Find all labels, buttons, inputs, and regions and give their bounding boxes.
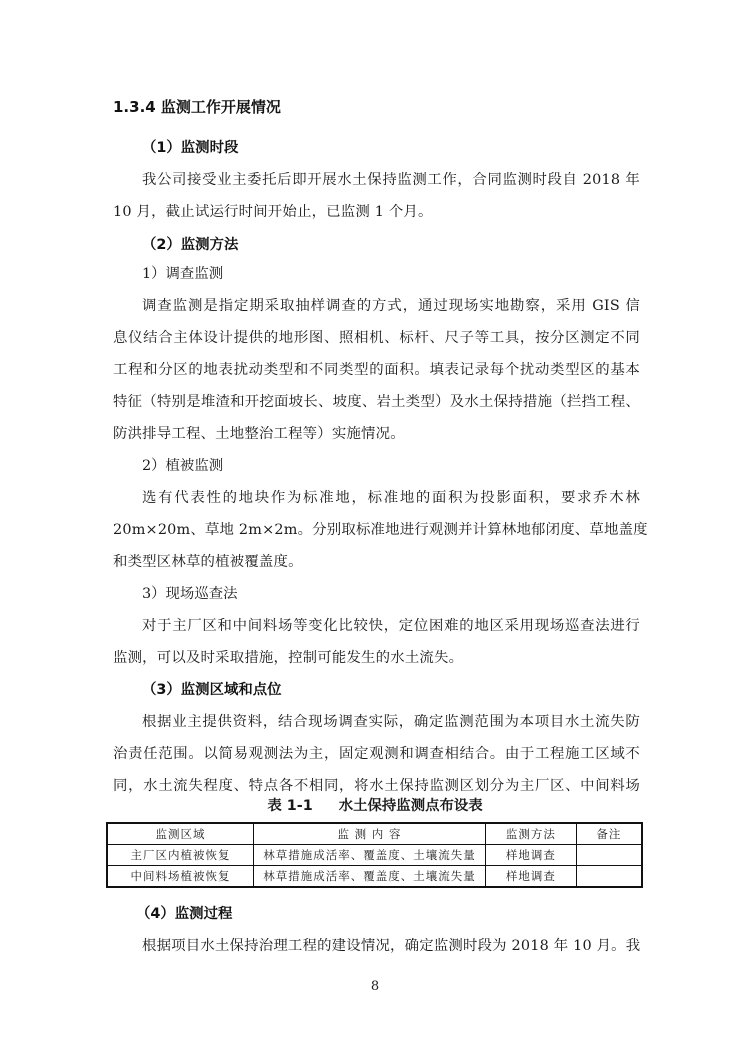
header-cell: 备注 <box>576 823 642 845</box>
paragraph-line: 和类型区林草的植被覆盖度。 <box>113 552 640 572</box>
paragraph-line: 选有代表性的地块作为标准地，标准地的面积为投影面积，要求乔木林 <box>142 488 640 508</box>
header-cell: 监测区域 <box>107 823 253 845</box>
subsection-heading-period: （1）监测时段 <box>142 138 238 158</box>
paragraph-line: 治责任范围。以简易观测法为主，固定观测和调查相结合。由于工程施工区域不 <box>113 744 640 764</box>
paragraph-line: 根据项目水土保持治理工程的建设情况，确定监测时段为 2018 年 10 月。我 <box>142 936 640 956</box>
paragraph-line: 息仪结合主体设计提供的地形图、照相机、标杆、尺子等工具，按分区测定不同 <box>113 328 640 348</box>
header-cell: 监测方法 <box>486 823 577 845</box>
paragraph-line: 特征（特别是堆渣和开挖面坡长、坡度、岩土类型）及水土保持措施（拦挡工程、 <box>113 392 640 412</box>
subsection-heading-method: （2）监测方法 <box>142 235 238 255</box>
paragraph-line: 工程和分区的地表扰动类型和不同类型的面积。填表记录每个扰动类型区的基本 <box>113 360 640 380</box>
table-cell: 样地调查 <box>486 866 577 888</box>
method-heading-survey: 1）调查监测 <box>142 264 223 284</box>
monitoring-points-table: 监测区域 监 测 内 容 监测方法 备注 主厂区内植被恢复 林草措施成活率、覆盖… <box>106 822 643 888</box>
table-cell: 中间料场植被恢复 <box>107 866 253 888</box>
section-title: 1.3.4 监测工作开展情况 <box>113 97 281 117</box>
table-cell <box>576 845 642 866</box>
table-cell <box>576 866 642 888</box>
table-row: 主厂区内植被恢复 林草措施成活率、覆盖度、土壤流失量 样地调查 <box>107 845 642 866</box>
table-cell: 林草措施成活率、覆盖度、土壤流失量 <box>253 845 485 866</box>
header-cell: 监 测 内 容 <box>253 823 485 845</box>
paragraph-line: 10 月，截止试运行时间开始止，已监测 1 个月。 <box>113 202 640 222</box>
table-header-row: 监测区域 监 测 内 容 监测方法 备注 <box>107 823 642 845</box>
table-caption: 表 1-1水土保持监测点布设表 <box>0 796 750 816</box>
paragraph-line: 同，水土流失程度、特点各不相同，将水土保持监测区划分为主厂区、中间料场 <box>113 776 640 796</box>
table-cell: 主厂区内植被恢复 <box>107 845 253 866</box>
method-heading-patrol: 3）现场巡查法 <box>142 584 238 604</box>
paragraph-line: 对于主厂区和中间料场等变化比较快，定位困难的地区采用现场巡查法进行 <box>142 616 640 636</box>
paragraph-line: 我公司接受业主委托后即开展水土保持监测工作，合同监测时段自 2018 年 <box>142 170 640 190</box>
paragraph-line: 20m×20m、草地 2m×2m。分别取标准地进行观测并计算林地郁闭度、草地盖度 <box>113 520 640 540</box>
method-heading-vegetation: 2）植被监测 <box>142 456 223 476</box>
page-number: 8 <box>0 979 750 994</box>
table-caption-title: 水土保持监测点布设表 <box>339 798 483 814</box>
table-row: 中间料场植被恢复 林草措施成活率、覆盖度、土壤流失量 样地调查 <box>107 866 642 888</box>
paragraph-line: 防洪排导工程、土地整治工程等）实施情况。 <box>113 424 640 444</box>
table-cell: 样地调查 <box>486 845 577 866</box>
subsection-heading-process: （4）监测过程 <box>136 904 232 924</box>
paragraph-line: 根据业主提供资料，结合现场调查实际，确定监测范围为本项目水土流失防 <box>142 712 640 732</box>
table-caption-number: 表 1-1 <box>267 798 312 814</box>
paragraph-line: 调查监测是指定期采取抽样调查的方式，通过现场实地勘察，采用 GIS 信 <box>142 296 640 316</box>
table-cell: 林草措施成活率、覆盖度、土壤流失量 <box>253 866 485 888</box>
document-page: 1.3.4 监测工作开展情况 （1）监测时段 我公司接受业主委托后即开展水土保持… <box>0 0 750 1061</box>
paragraph-line: 监测，可以及时采取措施，控制可能发生的水土流失。 <box>113 648 640 668</box>
subsection-heading-area: （3）监测区域和点位 <box>142 680 282 700</box>
